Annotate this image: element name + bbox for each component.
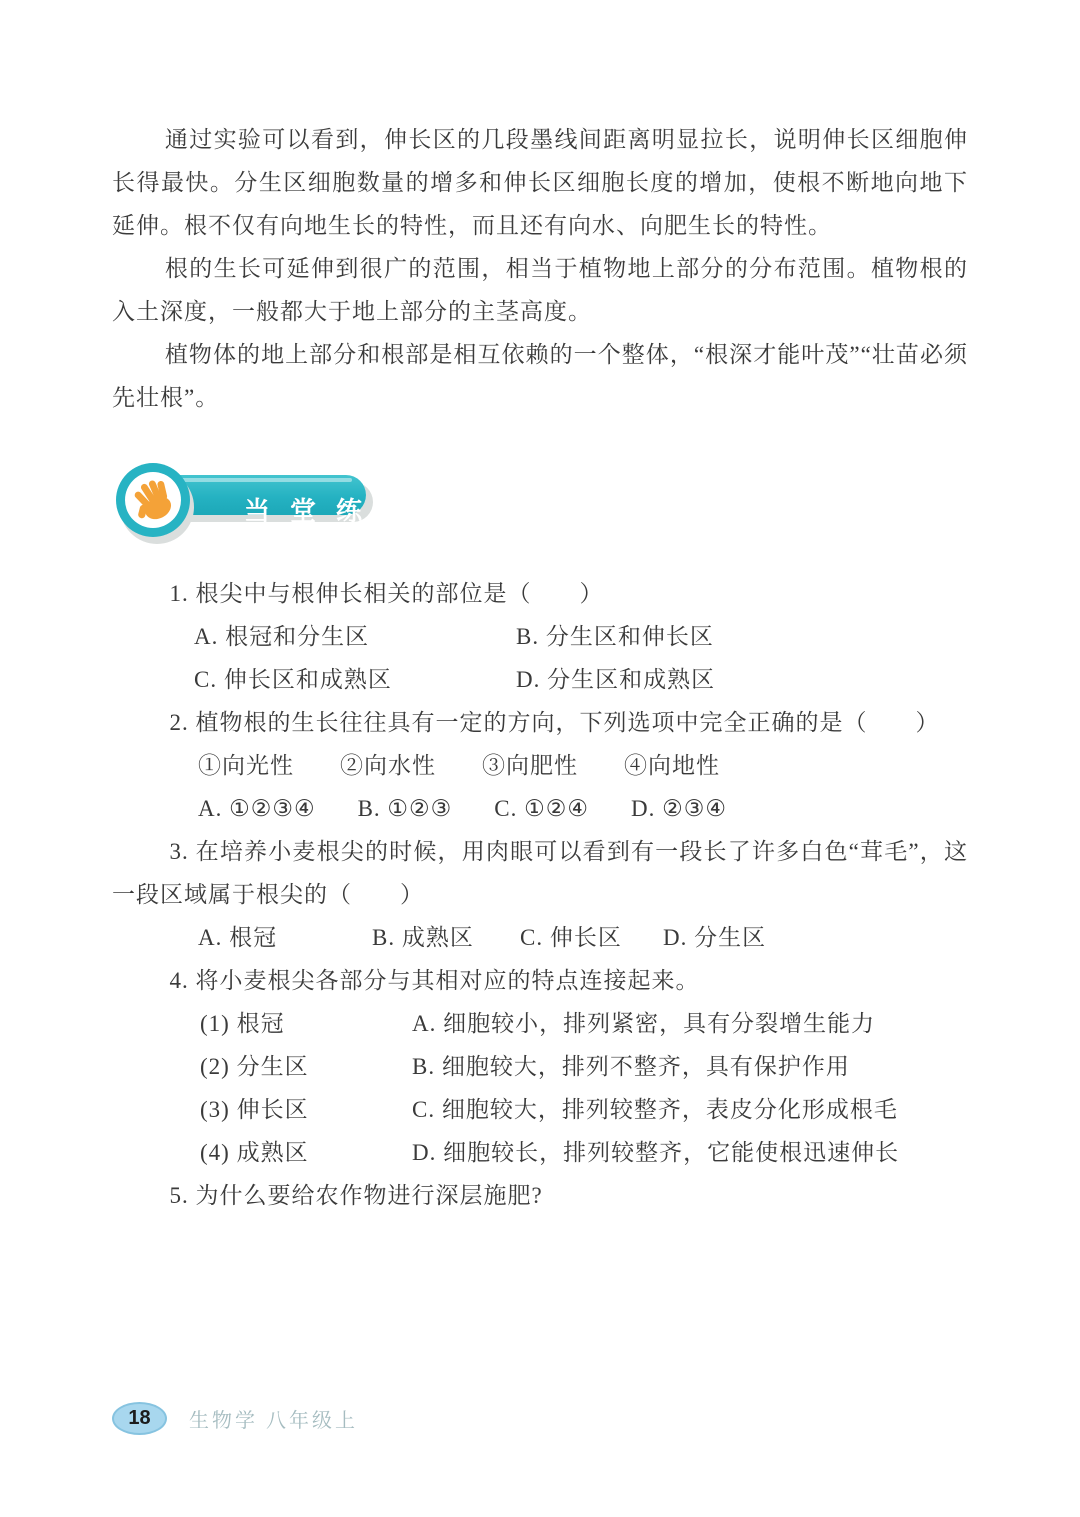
option-a: A. 根冠和分生区 xyxy=(194,615,516,658)
question-3-options: A. 根冠 B. 成熟区 C. 伸长区 D. 分生区 xyxy=(112,916,968,959)
intro-paragraph-2: 根的生长可延伸到很广的范围，相当于植物地上部分的分布范围。植物根的入土深度，一般… xyxy=(112,247,968,333)
question-1-stem: 1. 根尖中与根伸长相关的部位是（ ） xyxy=(112,572,968,615)
match-pair-1: (1) 根冠 A. 细胞较小，排列紧密，具有分裂增生能力 xyxy=(112,1002,968,1045)
option-c: C. ①②④ xyxy=(494,787,589,830)
section-badge: 当堂练 xyxy=(112,463,492,541)
question-3-stem: 3. 在培养小麦根尖的时候，用肉眼可以看到有一段长了许多白色“茸毛”，这一段区域… xyxy=(112,830,968,916)
match-pair-3: (3) 伸长区 C. 细胞较大，排列较整齐，表皮分化形成根毛 xyxy=(112,1088,968,1131)
pair-left: (3) 伸长区 xyxy=(200,1088,412,1131)
page-content: 通过实验可以看到，伸长区的几段墨线间距离明显拉长，说明伸长区细胞伸长得最快。分生… xyxy=(0,0,1080,1217)
exercise-list: 1. 根尖中与根伸长相关的部位是（ ） A. 根冠和分生区 B. 分生区和伸长区… xyxy=(112,572,968,1217)
question-1: 1. 根尖中与根伸长相关的部位是（ ） A. 根冠和分生区 B. 分生区和伸长区… xyxy=(112,572,968,701)
question-4: 4. 将小麦根尖各部分与其相对应的特点连接起来。 (1) 根冠 A. 细胞较小，… xyxy=(112,959,968,1174)
item-4: ④向地性 xyxy=(624,744,720,787)
option-d: D. ②③④ xyxy=(631,787,727,830)
book-title: 生物学 八年级上 xyxy=(189,1404,358,1433)
section-badge-circle xyxy=(116,463,190,537)
item-2: ②向水性 xyxy=(340,744,436,787)
item-1: ①向光性 xyxy=(198,744,294,787)
pair-right: D. 细胞较长，排列较整齐，它能使根迅速伸长 xyxy=(412,1131,899,1174)
question-2-options: A. ①②③④ B. ①②③ C. ①②④ D. ②③④ xyxy=(112,787,968,830)
item-3: ③向肥性 xyxy=(482,744,578,787)
question-4-stem: 4. 将小麦根尖各部分与其相对应的特点连接起来。 xyxy=(112,959,968,1002)
option-d: D. 分生区 xyxy=(663,916,766,959)
option-b: B. 分生区和伸长区 xyxy=(516,615,968,658)
option-c: C. 伸长区 xyxy=(520,916,663,959)
match-pair-4: (4) 成熟区 D. 细胞较长，排列较整齐，它能使根迅速伸长 xyxy=(112,1131,968,1174)
pair-right: B. 细胞较大，排列不整齐，具有保护作用 xyxy=(412,1045,850,1088)
hand-icon xyxy=(130,477,176,523)
question-1-options: A. 根冠和分生区 B. 分生区和伸长区 C. 伸长区和成熟区 D. 分生区和成… xyxy=(112,615,968,701)
option-b: B. 成熟区 xyxy=(372,916,520,959)
intro-paragraph-3: 植物体的地上部分和根部是相互依赖的一个整体，“根深才能叶茂”“壮苗必须先壮根”。 xyxy=(112,333,968,419)
page-footer: 18 生物学 八年级上 xyxy=(112,1402,358,1435)
option-a: A. 根冠 xyxy=(198,916,372,959)
question-5-stem: 5. 为什么要给农作物进行深层施肥? xyxy=(112,1174,968,1217)
question-2-items: ①向光性 ②向水性 ③向肥性 ④向地性 xyxy=(112,744,968,787)
question-2: 2. 植物根的生长往往具有一定的方向，下列选项中完全正确的是（ ） ①向光性 ②… xyxy=(112,701,968,830)
section-badge-circle-inner xyxy=(125,472,181,528)
pair-left: (4) 成熟区 xyxy=(200,1131,412,1174)
option-b: B. ①②③ xyxy=(358,787,453,830)
question-2-stem: 2. 植物根的生长往往具有一定的方向，下列选项中完全正确的是（ ） xyxy=(112,701,968,744)
option-c: C. 伸长区和成熟区 xyxy=(194,658,516,701)
question-3: 3. 在培养小麦根尖的时候，用肉眼可以看到有一段长了许多白色“茸毛”，这一段区域… xyxy=(112,830,968,959)
match-pair-2: (2) 分生区 B. 细胞较大，排列不整齐，具有保护作用 xyxy=(112,1045,968,1088)
textbook-page: 通过实验可以看到，伸长区的几段墨线间距离明显拉长，说明伸长区细胞伸长得最快。分生… xyxy=(0,0,1080,1517)
pair-right: C. 细胞较大，排列较整齐，表皮分化形成根毛 xyxy=(412,1088,898,1131)
pair-right: A. 细胞较小，排列紧密，具有分裂增生能力 xyxy=(412,1002,875,1045)
option-d: D. 分生区和成熟区 xyxy=(516,658,968,701)
section-badge-label: 当堂练 xyxy=(244,491,382,528)
intro-paragraph-1: 通过实验可以看到，伸长区的几段墨线间距离明显拉长，说明伸长区细胞伸长得最快。分生… xyxy=(112,118,968,247)
pair-left: (2) 分生区 xyxy=(200,1045,412,1088)
pair-left: (1) 根冠 xyxy=(200,1002,412,1045)
page-number-badge: 18 xyxy=(112,1402,167,1435)
question-5: 5. 为什么要给农作物进行深层施肥? xyxy=(112,1174,968,1217)
option-a: A. ①②③④ xyxy=(198,787,316,830)
